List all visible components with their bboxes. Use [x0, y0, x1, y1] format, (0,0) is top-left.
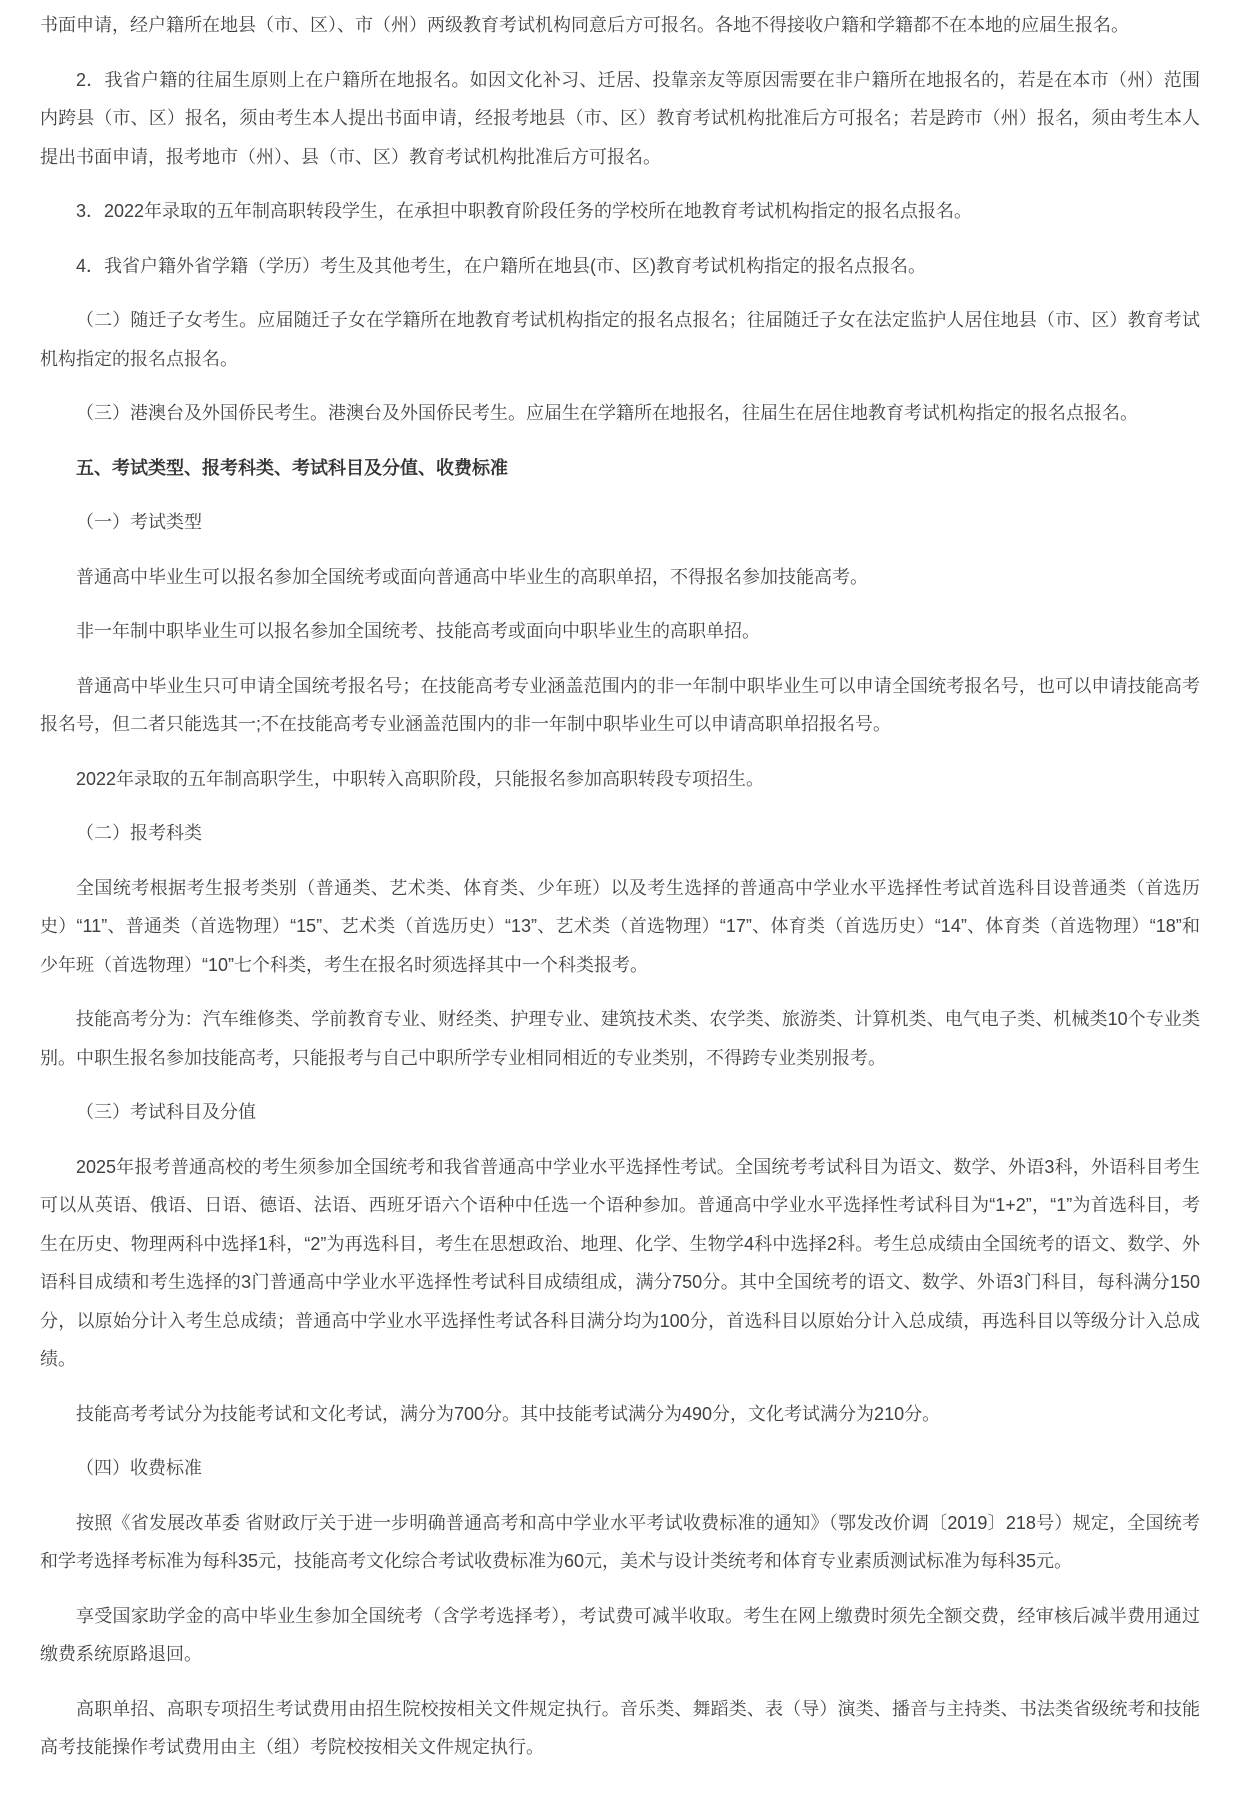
paragraph-fee-reduction: 享受国家助学金的高中毕业生参加全国统考（含学考选择考），考试费可减半收取。考生在… — [40, 1597, 1200, 1674]
paragraph-migrant-children: （二）随迁子女考生。应届随迁子女在学籍所在地教育考试机构指定的报名点报名；往届随… — [40, 301, 1200, 378]
paragraph-subjects-and-scores: 2025年报考普通高校的考生须参加全国统考和我省普通高中学业水平选择性考试。全国… — [40, 1148, 1200, 1379]
paragraph-fee-execution: 高职单招、高职专项招生考试费用由招生院校按相关文件规定执行。音乐类、舞蹈类、表（… — [40, 1690, 1200, 1767]
subsection-heading-1-exam-types: （一）考试类型 — [40, 503, 1200, 542]
paragraph-national-exam-categories: 全国统考根据考生报考类别（普通类、艺术类、体育类、少年班）以及考生选择的普通高中… — [40, 869, 1200, 985]
notice-document-body: 书面申请，经户籍所在地县（市、区）、市（州）两级教育考试机构同意后方可报名。各地… — [0, 0, 1240, 1795]
document-page: { "page": { "background_color": "#ffffff… — [0, 0, 1240, 1795]
paragraph-skills-exam-categories: 技能高考分为：汽车维修类、学前教育专业、财经类、护理专业、建筑技术类、农学类、旅… — [40, 1000, 1200, 1077]
paragraph-item-3-five-year-transfer: 3．2022年录取的五年制高职转段学生，在承担中职教育阶段任务的学校所在地教育考… — [40, 192, 1200, 231]
paragraph-five-year-students: 2022年录取的五年制高职学生，中职转入高职阶段，只能报名参加高职转段专项招生。 — [40, 760, 1200, 799]
paragraph-fee-standards: 按照《省发展改革委 省财政厅关于进一步明确普通高考和高中学业水平考试收费标准的通… — [40, 1504, 1200, 1581]
section-heading-5: 五、考试类型、报考科类、考试科目及分值、收费标准 — [40, 449, 1200, 488]
paragraph-item-2-former-students: 2．我省户籍的往届生原则上在户籍所在地报名。如因文化补习、迁居、投靠亲友等原因需… — [40, 61, 1200, 177]
subsection-heading-4-fees: （四）收费标准 — [40, 1449, 1200, 1488]
paragraph-vocational-graduates: 非一年制中职毕业生可以报名参加全国统考、技能高考或面向中职毕业生的高职单招。 — [40, 612, 1200, 651]
paragraph-registration-number-rules: 普通高中毕业生只可申请全国统考报名号；在技能高考专业涵盖范围内的非一年制中职毕业… — [40, 667, 1200, 744]
paragraph-item-4-other-candidates: 4．我省户籍外省学籍（学历）考生及其他考生，在户籍所在地县(市、区)教育考试机构… — [40, 247, 1200, 286]
paragraph-skills-exam-scores: 技能高考考试分为技能考试和文化考试，满分为700分。其中技能考试满分为490分，… — [40, 1395, 1200, 1434]
subsection-heading-2-categories: （二）报考科类 — [40, 814, 1200, 853]
paragraph-general-hs-graduates: 普通高中毕业生可以报名参加全国统考或面向普通高中毕业生的高职单招，不得报名参加技… — [40, 558, 1200, 597]
paragraph-hmt-foreign-residents: （三）港澳台及外国侨民考生。港澳台及外国侨民考生。应届生在学籍所在地报名，往届生… — [40, 394, 1200, 433]
paragraph-continuation: 书面申请，经户籍所在地县（市、区）、市（州）两级教育考试机构同意后方可报名。各地… — [40, 6, 1200, 45]
subsection-heading-3-subjects-scores: （三）考试科目及分值 — [40, 1093, 1200, 1132]
